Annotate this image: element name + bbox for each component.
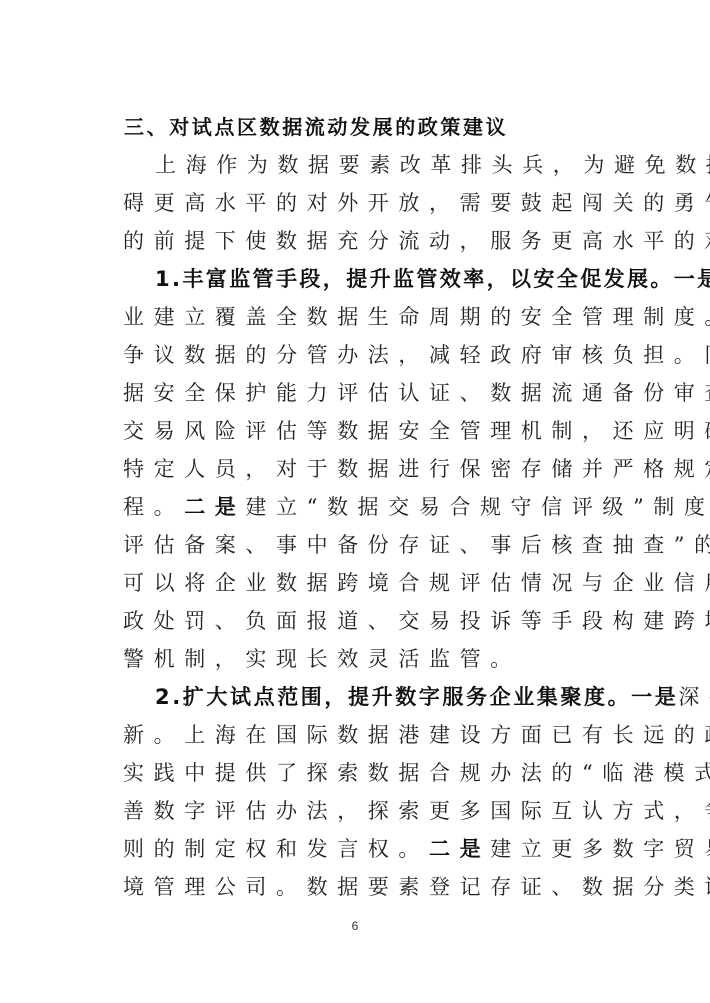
paragraph-line: 政处罚、负面报道、交易投诉等手段构建跨境数据交易的动态预 <box>123 608 593 634</box>
point1-heading: 1.丰富监管手段，提升监管效率，以安全促发展。一是 <box>155 267 710 291</box>
paragraph-line: 特定人员，对于数据进行保密存储并严格规定过期数据的销毁流 <box>123 456 593 482</box>
paragraph-line: 的前提下使数据充分流动，服务更高水平的对外开放。 <box>123 228 593 254</box>
paragraph-line: 善数字评估办法，探索更多国际互认方式，争取后续数字贸易规 <box>123 798 593 824</box>
page-number: 6 <box>0 919 710 933</box>
paragraph-line: 评估备案、事中备份存证、事后核查抽查”的静态机制之外，还 <box>123 532 593 558</box>
paragraph-line: 新。上海在国际数据港建设方面已有长远的政策规划，也在初期 <box>123 722 593 748</box>
point2-heading: 2.扩大试点范围，提升数字服务企业集聚度。一是 <box>155 685 678 709</box>
paragraph-line: 境管理公司。数据要素登记存证、数据分类评估等工作需要大量 <box>123 874 593 900</box>
paragraph-text: 建立更多数字贸易交易平台、数据跨 <box>490 837 710 861</box>
paragraph-text: 深化制度创 <box>678 685 710 709</box>
paragraph-line: 据安全保护能力评估认证、数据流通备份审查、跨境数据流通和 <box>123 380 593 406</box>
point2-first-line: 2.扩大试点范围，提升数字服务企业集聚度。一是深化制度创 <box>155 684 625 710</box>
point1-first-line: 1.丰富监管手段，提升监管效率，以安全促发展。一是指导企 <box>155 266 625 292</box>
paragraph-line: 实践中提供了探索数据合规办法的“临港模式”，接下来应继续完 <box>123 760 593 786</box>
paragraph-line: 警机制，实现长效灵活监管。 <box>123 646 593 672</box>
bold-marker: 二是 <box>184 495 245 519</box>
paragraph-text: 程。 <box>123 495 184 519</box>
paragraph-line: 程。二是建立“数据交易合规守信评级”制度。在现有的“事前 <box>123 494 593 520</box>
bold-marker: 二是 <box>429 837 490 861</box>
section-heading: 三、对试点区数据流动发展的政策建议 <box>124 114 594 140</box>
document-page: 三、对试点区数据流动发展的政策建议 上海作为数据要素改革排头兵，为避免数据跨境传… <box>0 0 710 1003</box>
paragraph-line: 碍更高水平的对外开放，需要鼓起闯关的勇气，在确保数据安全 <box>123 190 593 216</box>
paragraph-line: 可以将企业数据跨境合规评估情况与企业信用评级关联，结合行 <box>123 570 593 596</box>
paragraph-text: 建立“数据交易合规守信评级”制度。在现有的“事前 <box>245 495 710 519</box>
paragraph-line: 业建立覆盖全数据生命周期的安全管理制度。让企业自主探索含 <box>123 304 593 330</box>
paragraph-line: 交易风险评估等数据安全管理机制，还应明确授权可操作系统的 <box>123 418 593 444</box>
paragraph-text: 则的制定权和发言权。 <box>123 837 429 861</box>
paragraph-line: 上海作为数据要素改革排头兵，为避免数据跨境传输壁垒阻 <box>155 152 625 178</box>
paragraph-line: 则的制定权和发言权。二是建立更多数字贸易交易平台、数据跨 <box>123 836 593 862</box>
paragraph-line: 争议数据的分管办法，减轻政府审核负担。同时，企业应建立数 <box>123 342 593 368</box>
